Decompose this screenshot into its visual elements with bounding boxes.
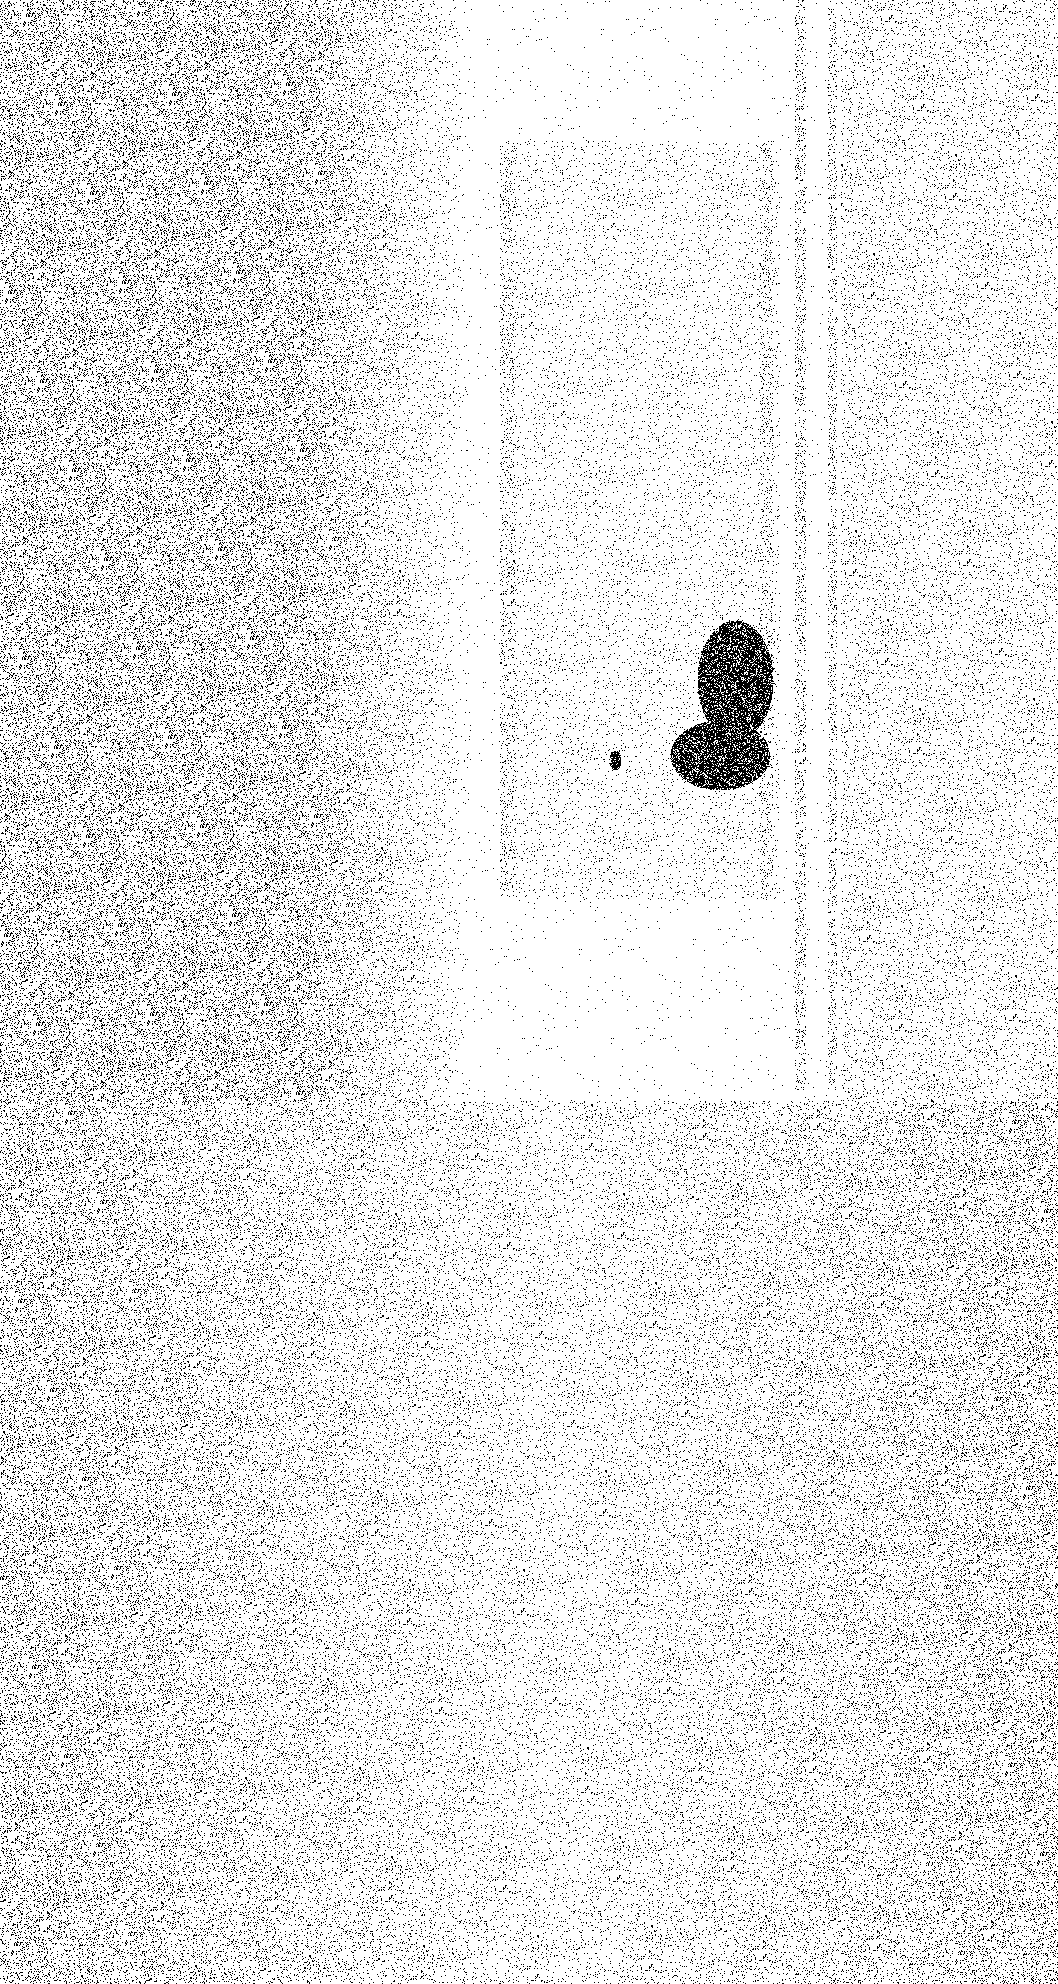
dithered-photograph [0,0,1058,1984]
